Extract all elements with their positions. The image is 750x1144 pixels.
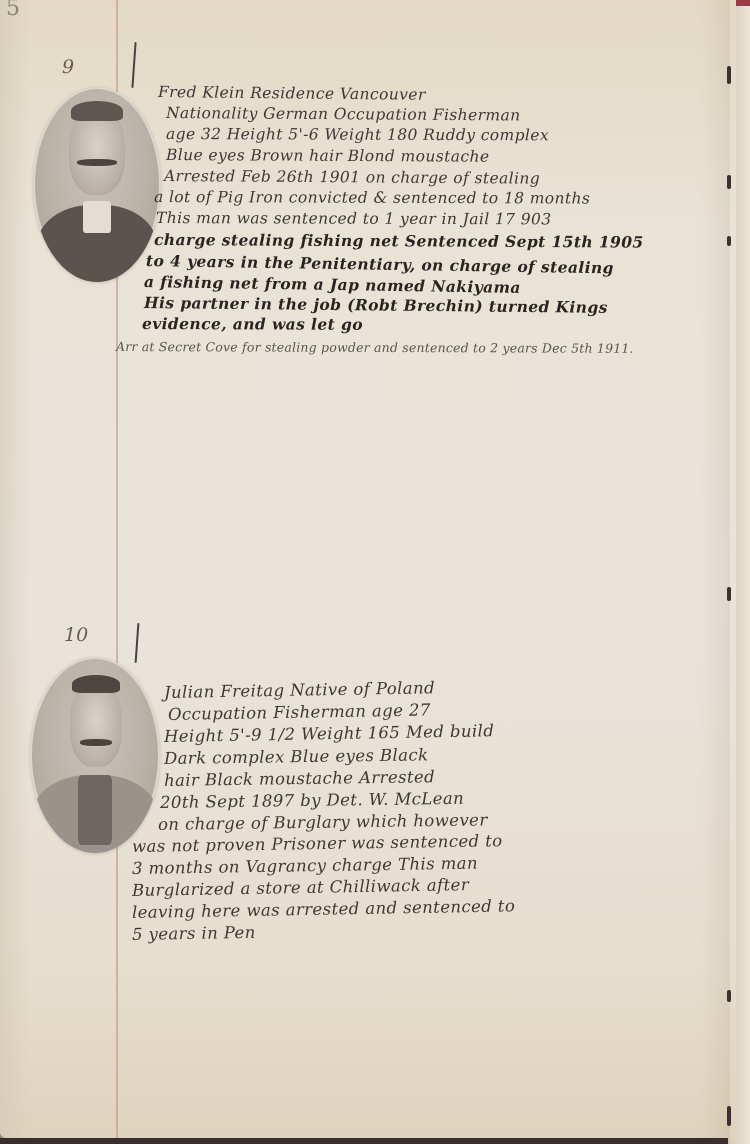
entry-text-fred-klein: Fred Klein Residence Vancouver Nationali… [158,82,644,357]
photo-hair [72,675,120,693]
entry-text-julian-freitag: Julian Freitag Native of Poland Occupati… [164,682,515,946]
photo-mustache [77,159,117,166]
entry-number: 10 [64,624,88,646]
record-line-sentence: evidence, and was let go [142,313,644,336]
stitch-mark [727,587,731,601]
record-line: This man was sentenced to 1 year in Jail… [156,208,644,231]
page-fold-shadow [700,0,730,1138]
entry-tick-mark [131,42,136,88]
stitch-mark [727,66,731,84]
ledger-page: 5 9 Fred Klein Residence Vancouver Natio… [0,0,736,1138]
stitch-mark [727,175,731,189]
record-line: a lot of Pig Iron convicted & sentenced … [154,187,644,210]
record-line-later-addendum: Arr at Secret Cove for stealing powder a… [116,336,644,359]
page-number: 5 [6,0,20,21]
photo-shirt [78,775,112,845]
mugshot-photo-julian-freitag [30,657,160,853]
stitch-mark [727,236,731,246]
photo-face [70,681,122,767]
stitch-mark [727,990,731,1002]
record-line-sentence: charge stealing fishing net Sentenced Se… [154,229,644,253]
entry-tick-mark [135,623,140,663]
page-left-edge [0,0,30,1138]
entry-number: 9 [62,56,74,78]
photo-hair [71,101,123,121]
photo-collar [83,201,111,233]
photo-mustache [80,739,112,746]
record-line: age 32 Height 5'-6 Weight 180 Ruddy comp… [166,124,644,147]
stitch-mark [727,1106,731,1126]
record-line: Blue eyes Brown hair Blond moustache [166,145,644,169]
mugshot-photo-fred-klein [33,87,161,282]
